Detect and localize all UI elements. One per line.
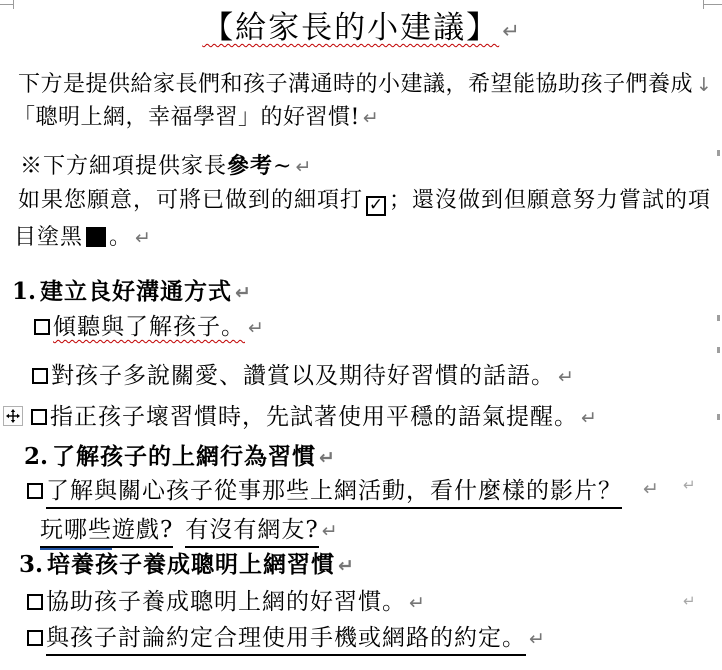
section-2-number: 2. — [24, 443, 48, 470]
note-tilde: ~ — [273, 154, 292, 179]
section-3-number: 3. — [19, 551, 43, 578]
checklist-item: 指正孩子壞習慣時，先試著使用平穩的語氣提醒。↵ — [31, 402, 597, 433]
document-page: 【給家長的小建議】↵ 下方是提供給家長們和孩子溝通時的小建議，希望能協助孩子們養… — [0, 0, 722, 670]
crop-mark-top-right-h — [703, 4, 722, 5]
paragraph-mark-icon: ↵ — [319, 447, 335, 469]
paragraph-mark-icon: ↵ — [135, 227, 151, 249]
paragraph-mark-icon: ↵ — [529, 628, 545, 650]
checklist-item: 與孩子討論約定合理使用手機或網路的約定。↵ — [27, 623, 545, 654]
four-way-arrow-icon — [6, 409, 20, 423]
section-3-heading: 3.培養孩子養成聰明上網習慣↵ — [19, 550, 354, 581]
item-text: 對孩子多說關愛、讚賞以及期待好習慣的話語。 — [51, 363, 555, 389]
instructions-text-1b: ；還沒做到但願意努力嘗試的項 — [389, 188, 711, 213]
paragraph-mark-icon: ↵ — [643, 478, 659, 500]
instructions-text-2a: 目塗黑 — [14, 225, 83, 250]
instructions-line-1: 如果您願意，可將已做到的細項打✓；還沒做到但願意努力嘗試的項 — [18, 186, 711, 216]
intro-line-2: 「聰明上網，幸福學習」的好習慣!↵ — [13, 103, 379, 133]
edge-mark — [717, 347, 720, 353]
paragraph-mark-icon: ↵ — [235, 282, 251, 304]
paragraph-mark-icon: ↵ — [558, 366, 574, 388]
paragraph-mark-icon: ↵ — [363, 107, 379, 129]
checklist-item: 傾聽與了解孩子。↵ — [34, 312, 264, 343]
instructions-text-2b: 。 — [109, 225, 132, 250]
item-text-grammar-flagged: 玩哪些 — [40, 517, 112, 543]
paragraph-mark-icon: ↵ — [338, 555, 354, 577]
item-text-underlined: 與孩子討論約定合理使用手機或網路的約定。 — [46, 625, 526, 656]
section-2-title: 了解孩子的上網行為習慣 — [52, 443, 316, 470]
checklist-item: 協助孩子養成聰明上網的好習慣。↵ — [27, 587, 425, 618]
paragraph-mark-icon: ↵ — [683, 592, 696, 610]
item-text-underlined: 遊戲? — [112, 517, 173, 543]
item-text: 傾聽與了解孩子。 — [53, 314, 245, 340]
section-3-title: 培養孩子養成聰明上網習慣 — [47, 551, 335, 578]
edge-mark — [717, 150, 720, 156]
paragraph-mark-icon: ↵ — [248, 317, 264, 339]
item-text-underlined: 了解與關心孩子從事那些上網活動，看什麼樣的影片？ — [46, 478, 622, 509]
paragraph-mark-icon: ↵ — [295, 156, 311, 178]
empty-checkbox-icon[interactable] — [27, 483, 43, 499]
section-2-heading: 2.了解孩子的上網行為習慣↵ — [24, 442, 335, 473]
checklist-item-continuation: 玩哪些遊戲?有沒有網友?↵ — [40, 515, 338, 546]
checkmark-icon: ✓ — [369, 197, 383, 214]
paragraph-mark-icon: ↵ — [409, 592, 425, 614]
paragraph-mark-icon: ↵ — [683, 476, 696, 494]
move-anchor-icon[interactable] — [3, 406, 23, 426]
paragraph-mark-icon: ↵ — [581, 407, 597, 429]
section-1-number: 1. — [12, 278, 36, 305]
empty-checkbox-icon[interactable] — [34, 319, 50, 335]
empty-checkbox-icon[interactable] — [31, 409, 47, 425]
document-title: 【給家長的小建議】 — [202, 10, 499, 46]
intro-text-1: 下方是提供給家長們和孩子溝通時的小建議，希望能協助孩子們養成 — [18, 72, 693, 97]
instructions-text-1a: 如果您願意，可將已做到的細項打 — [18, 188, 363, 213]
paragraph-mark-icon: ↵ — [502, 19, 520, 43]
document-title-line: 【給家長的小建議】↵ — [0, 6, 722, 53]
item-text: 指正孩子壞習慣時，先試著使用平穩的語氣提醒。 — [50, 404, 578, 430]
note-text: ※下方細項提供家長 — [20, 154, 227, 179]
note-bold-text: 參考 — [227, 153, 273, 179]
instructions-line-2: 目塗黑。↵ — [14, 223, 151, 253]
line-break-mark-icon: ↓ — [696, 74, 712, 96]
section-1-title: 建立良好溝通方式 — [40, 278, 232, 305]
checklist-item: 了解與關心孩子從事那些上網活動，看什麼樣的影片？ — [27, 476, 622, 506]
crop-mark-top-left-h — [0, 4, 14, 5]
checked-checkbox-icon: ✓ — [366, 196, 386, 216]
item-text-underlined: 有沒有網友? — [185, 517, 318, 548]
intro-line-1: 下方是提供給家長們和孩子溝通時的小建議，希望能協助孩子們養成↓ — [18, 70, 712, 100]
note-line: ※下方細項提供家長參考~↵ — [20, 151, 311, 182]
edge-mark — [717, 315, 720, 321]
filled-square-icon — [86, 227, 106, 247]
section-1-heading: 1.建立良好溝通方式↵ — [12, 277, 251, 308]
paragraph-mark-icon: ↵ — [322, 520, 338, 542]
intro-text-2: 「聰明上網，幸福學習」的好習慣! — [13, 105, 360, 130]
empty-checkbox-icon[interactable] — [32, 368, 48, 384]
empty-checkbox-icon[interactable] — [27, 594, 43, 610]
edge-mark — [717, 414, 720, 420]
checklist-item: 對孩子多說關愛、讚賞以及期待好習慣的話語。↵ — [32, 361, 574, 392]
empty-checkbox-icon[interactable] — [27, 630, 43, 646]
item-text: 協助孩子養成聰明上網的好習慣。 — [46, 589, 406, 615]
